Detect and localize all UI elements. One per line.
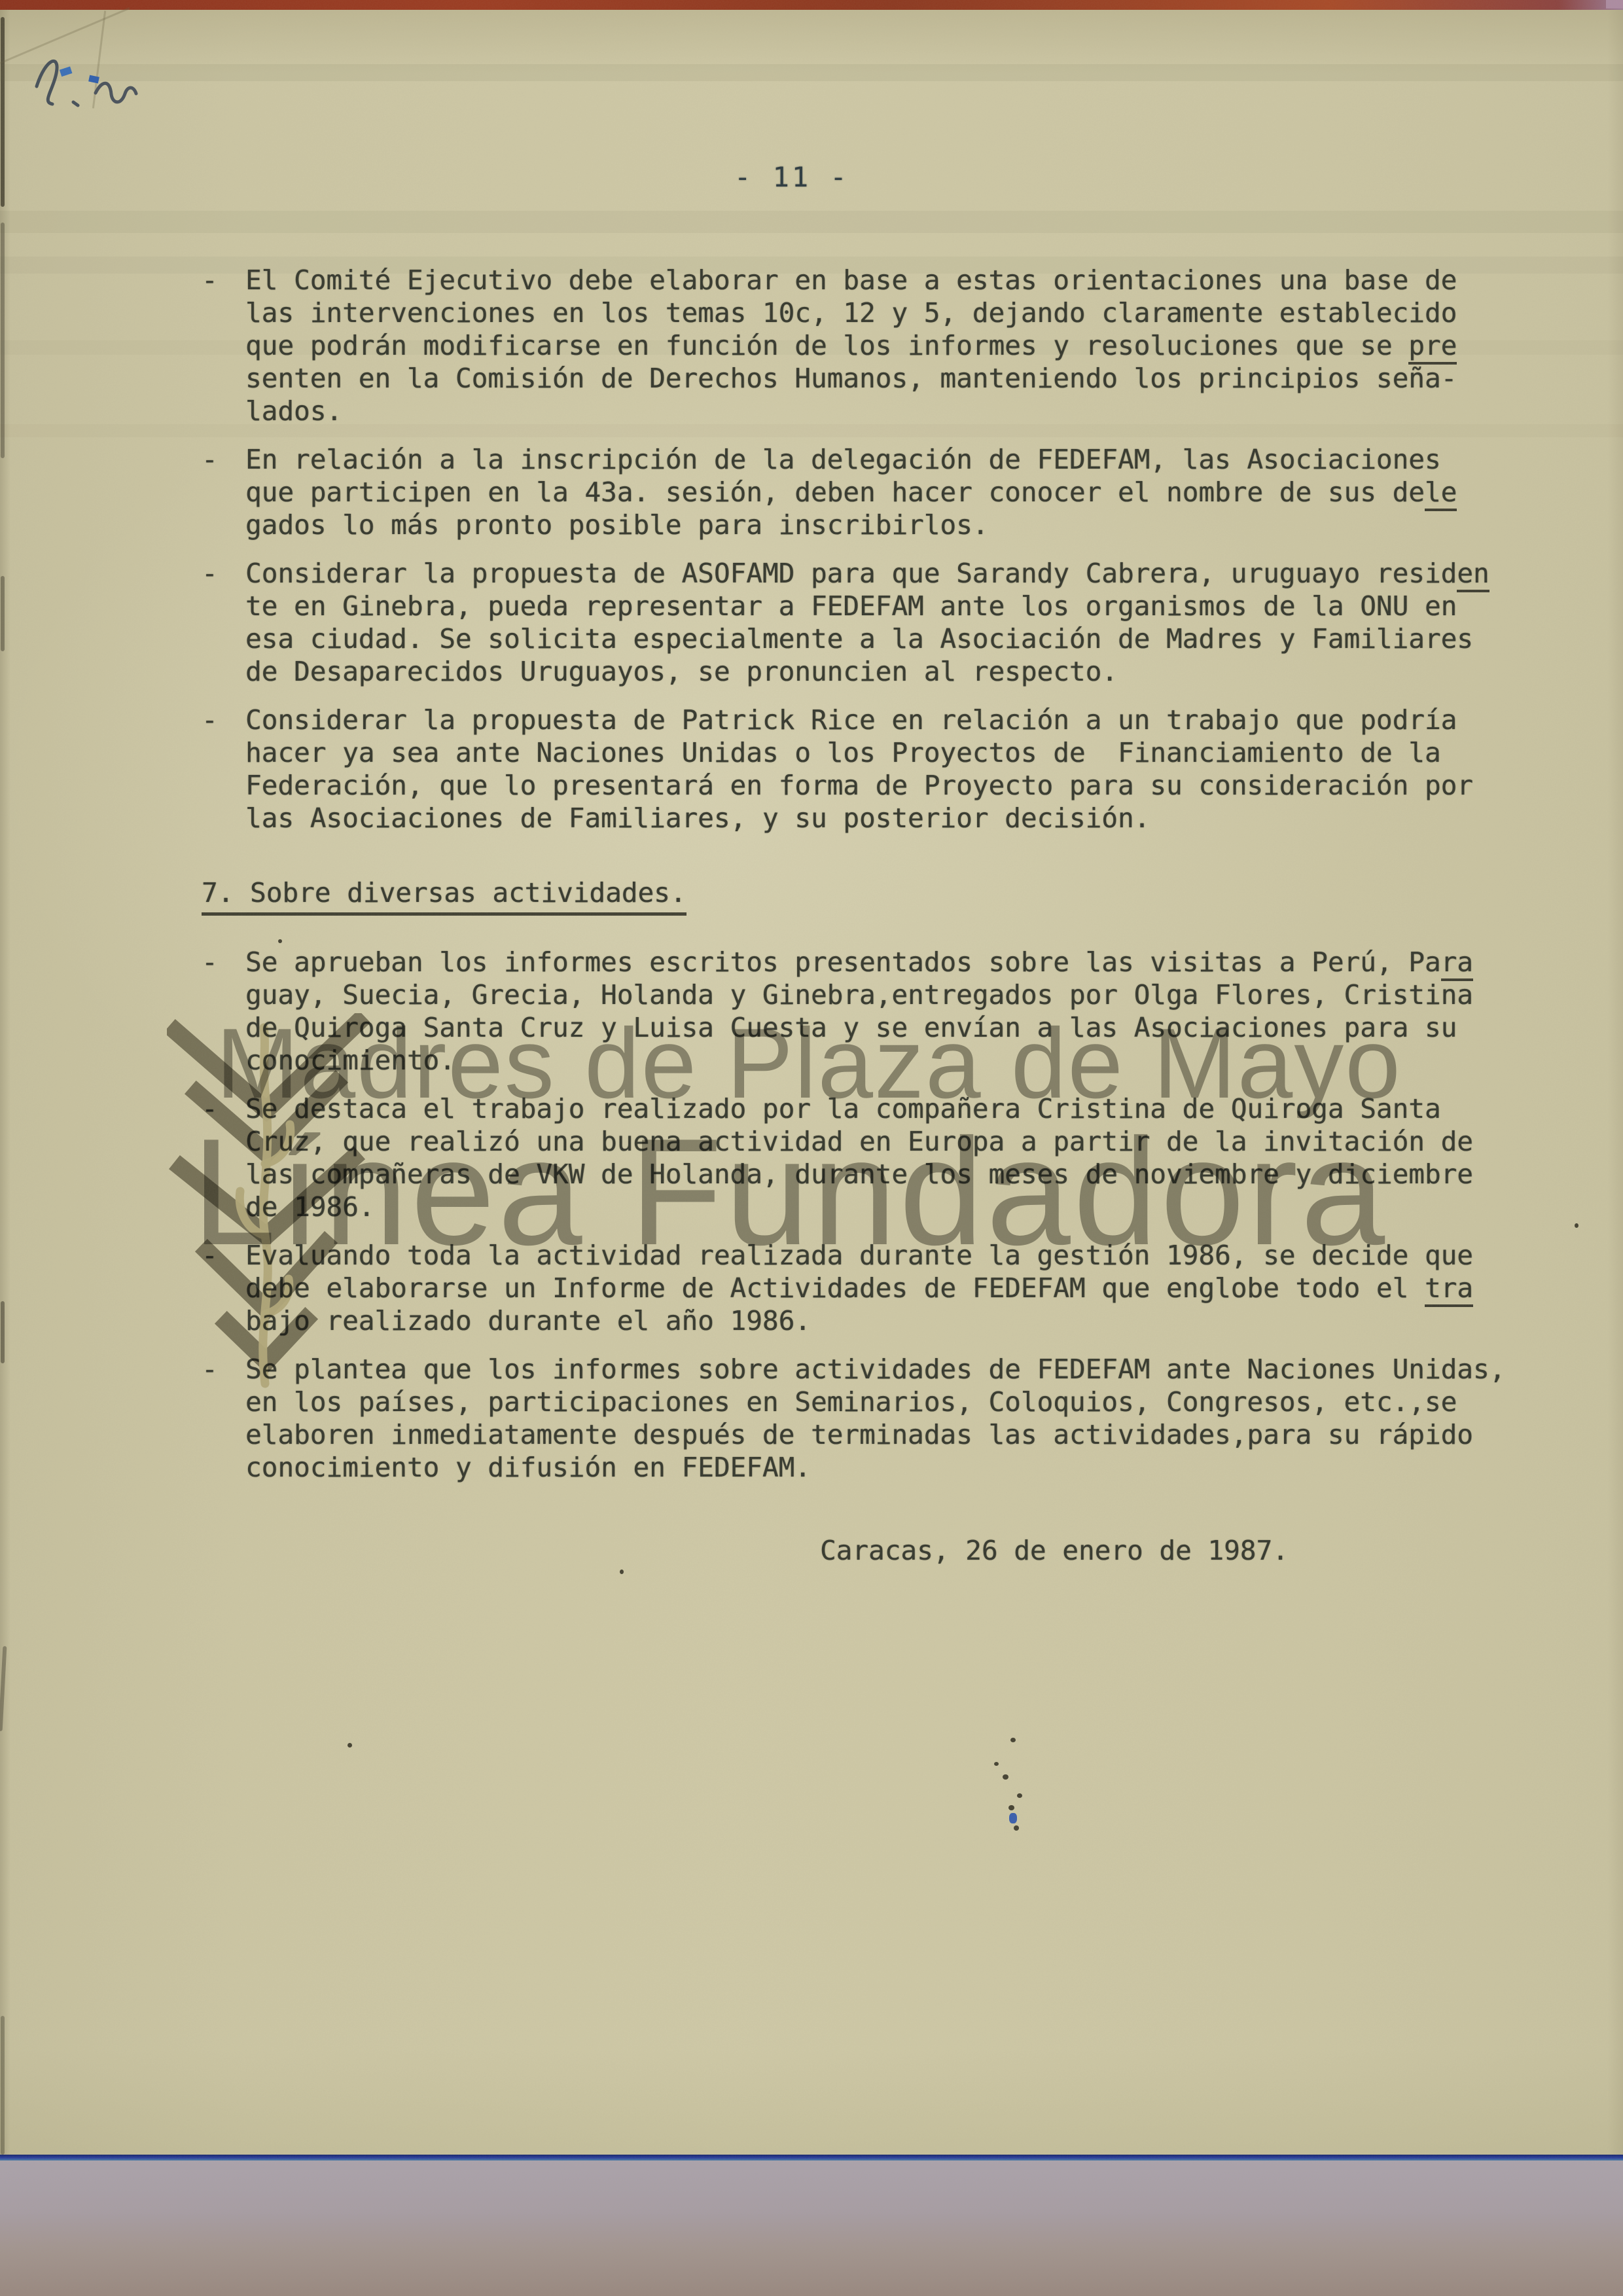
ink-speck	[620, 1570, 624, 1574]
text-line: En relación a la inscripción de la deleg…	[245, 443, 1530, 476]
bullet-dash: -	[202, 1239, 245, 1272]
paragraph-lines: Se destaca el trabajo realizado por la c…	[245, 1092, 1530, 1223]
text-line: guay, Suecia, Grecia, Holanda y Ginebra,…	[245, 978, 1530, 1011]
scan-top-edge	[0, 0, 1623, 10]
bullet-dash: -	[202, 264, 245, 296]
syllable-break-underline: en	[1457, 558, 1489, 592]
ink-speck	[348, 1743, 352, 1748]
bullet-paragraph: -El Comité Ejecutivo debe elaborar en ba…	[202, 264, 1530, 427]
paragraph-lines: Se plantea que los informes sobre activi…	[245, 1353, 1530, 1484]
bullet-paragraph: -Se plantea que los informes sobre activ…	[202, 1353, 1530, 1484]
text-line: lados.	[245, 395, 1530, 427]
scanned-document-page: - 11 - -El Comité Ejecutivo debe elabora…	[0, 0, 1623, 2296]
text-line: conocimiento.	[245, 1044, 1530, 1077]
text-line: las compañeras de VKW de Holanda, durant…	[245, 1158, 1530, 1191]
ink-speck	[1014, 1825, 1019, 1831]
paragraph-lines: Considerar la propuesta de Patrick Rice …	[245, 704, 1530, 834]
bullet-paragraph: -Considerar la propuesta de Patrick Rice…	[202, 704, 1530, 834]
ink-speck	[1575, 1223, 1578, 1228]
document-body: -El Comité Ejecutivo debe elaborar en ba…	[202, 264, 1530, 1484]
ink-speck	[1008, 1805, 1014, 1810]
text-line: conocimiento y difusión en FEDEFAM.	[245, 1451, 1530, 1484]
text-line: Evaluando toda la actividad realizada du…	[245, 1239, 1530, 1272]
text-line: Se destaca el trabajo realizado por la c…	[245, 1092, 1530, 1125]
text-line: 7. Sobre diversas actividades.	[202, 876, 687, 916]
left-edge-shadow	[1, 576, 5, 651]
section-heading: 7. Sobre diversas actividades.	[202, 876, 1530, 916]
text-line: bajo realizado durante el año 1986.	[245, 1304, 1530, 1337]
text-line: Se plantea que los informes sobre activi…	[245, 1353, 1530, 1386]
bullet-dash: -	[202, 704, 245, 736]
scanner-background	[0, 2161, 1623, 2296]
syllable-break-underline: tra	[1425, 1272, 1473, 1307]
text-line: te en Ginebra, pueda representar a FEDEF…	[245, 590, 1530, 622]
bullet-paragraph: -Se destaca el trabajo realizado por la …	[202, 1092, 1530, 1223]
bullet-dash: -	[202, 1092, 245, 1125]
text-line: debe elaborarse un Informe de Actividade…	[245, 1272, 1530, 1304]
text-line: de Quiroga Santa Cruz y Luisa Cuesta y s…	[245, 1011, 1530, 1044]
pen-scribble	[22, 39, 153, 111]
scan-corner-chip	[1606, 0, 1623, 9]
page-number: - 11 -	[734, 161, 849, 193]
ink-speck	[278, 939, 282, 943]
bullet-paragraph: -Se aprueban los informes escritos prese…	[202, 946, 1530, 1077]
text-line: las intervenciones en los temas 10c, 12 …	[245, 296, 1530, 329]
syllable-break-underline: le	[1425, 476, 1457, 511]
bullet-paragraph: -En relación a la inscripción de la dele…	[202, 443, 1530, 541]
left-edge-shadow	[1, 1301, 5, 1363]
text-line: hacer ya sea ante Naciones Unidas o los …	[245, 736, 1530, 769]
text-line: en los países, participaciones en Semina…	[245, 1386, 1530, 1418]
text-line: Considerar la propuesta de ASOFAMD para …	[245, 557, 1530, 590]
bullet-dash: -	[202, 1353, 245, 1386]
text-line: de Desaparecidos Uruguayos, se pronuncie…	[245, 655, 1530, 688]
paragraph-lines: Considerar la propuesta de ASOFAMD para …	[245, 557, 1530, 688]
ink-speck-blue	[1009, 1813, 1017, 1823]
text-line: Considerar la propuesta de Patrick Rice …	[245, 704, 1530, 736]
left-edge-shadow	[1, 2016, 5, 2155]
bullet-dash: -	[202, 946, 245, 978]
paragraph-lines: En relación a la inscripción de la deleg…	[245, 443, 1530, 541]
text-line: El Comité Ejecutivo debe elaborar en bas…	[245, 264, 1530, 296]
ink-speck	[1010, 1738, 1016, 1742]
text-line: elaboren inmediatamente después de termi…	[245, 1418, 1530, 1451]
text-line: gados lo más pronto posible para inscrib…	[245, 509, 1530, 541]
bleed-through-band	[0, 64, 1623, 81]
paragraph-lines: Evaluando toda la actividad realizada du…	[245, 1239, 1530, 1337]
bullet-dash: -	[202, 557, 245, 590]
text-line: Se aprueban los informes escritos presen…	[245, 946, 1530, 978]
text-line: las Asociaciones de Familiares, y su pos…	[245, 802, 1530, 834]
text-line: senten en la Comisión de Derechos Humano…	[245, 362, 1530, 395]
bullet-paragraph: -Evaluando toda la actividad realizada d…	[202, 1239, 1530, 1337]
text-line: Federación, que lo presentará en forma d…	[245, 769, 1530, 802]
next-page-blue-edge	[0, 2155, 1623, 2161]
text-line: Cruz, que realizó una buena actividad en…	[245, 1125, 1530, 1158]
ink-speck	[1017, 1793, 1022, 1798]
text-line: esa ciudad. Se solicita especialmente a …	[245, 622, 1530, 655]
date-line: Caracas, 26 de enero de 1987.	[820, 1535, 1289, 1566]
ink-speck	[994, 1762, 999, 1766]
text-line: que participen en la 43a. sesión, deben …	[245, 476, 1530, 509]
paragraph-lines: 7. Sobre diversas actividades.	[202, 876, 1530, 916]
syllable-break-underline: pre	[1408, 330, 1457, 365]
text-line: de 1986.	[245, 1191, 1530, 1223]
paragraph-lines: El Comité Ejecutivo debe elaborar en bas…	[245, 264, 1530, 427]
syllable-break-underline: ra	[1441, 946, 1473, 981]
bullet-paragraph: -Considerar la propuesta de ASOFAMD para…	[202, 557, 1530, 688]
paragraph-lines: Se aprueban los informes escritos presen…	[245, 946, 1530, 1077]
bullet-dash: -	[202, 443, 245, 476]
left-edge-shadow	[1, 17, 5, 207]
ink-speck	[1003, 1774, 1008, 1780]
bleed-through-band	[0, 211, 1623, 233]
text-line: que podrán modificarse en función de los…	[245, 329, 1530, 362]
